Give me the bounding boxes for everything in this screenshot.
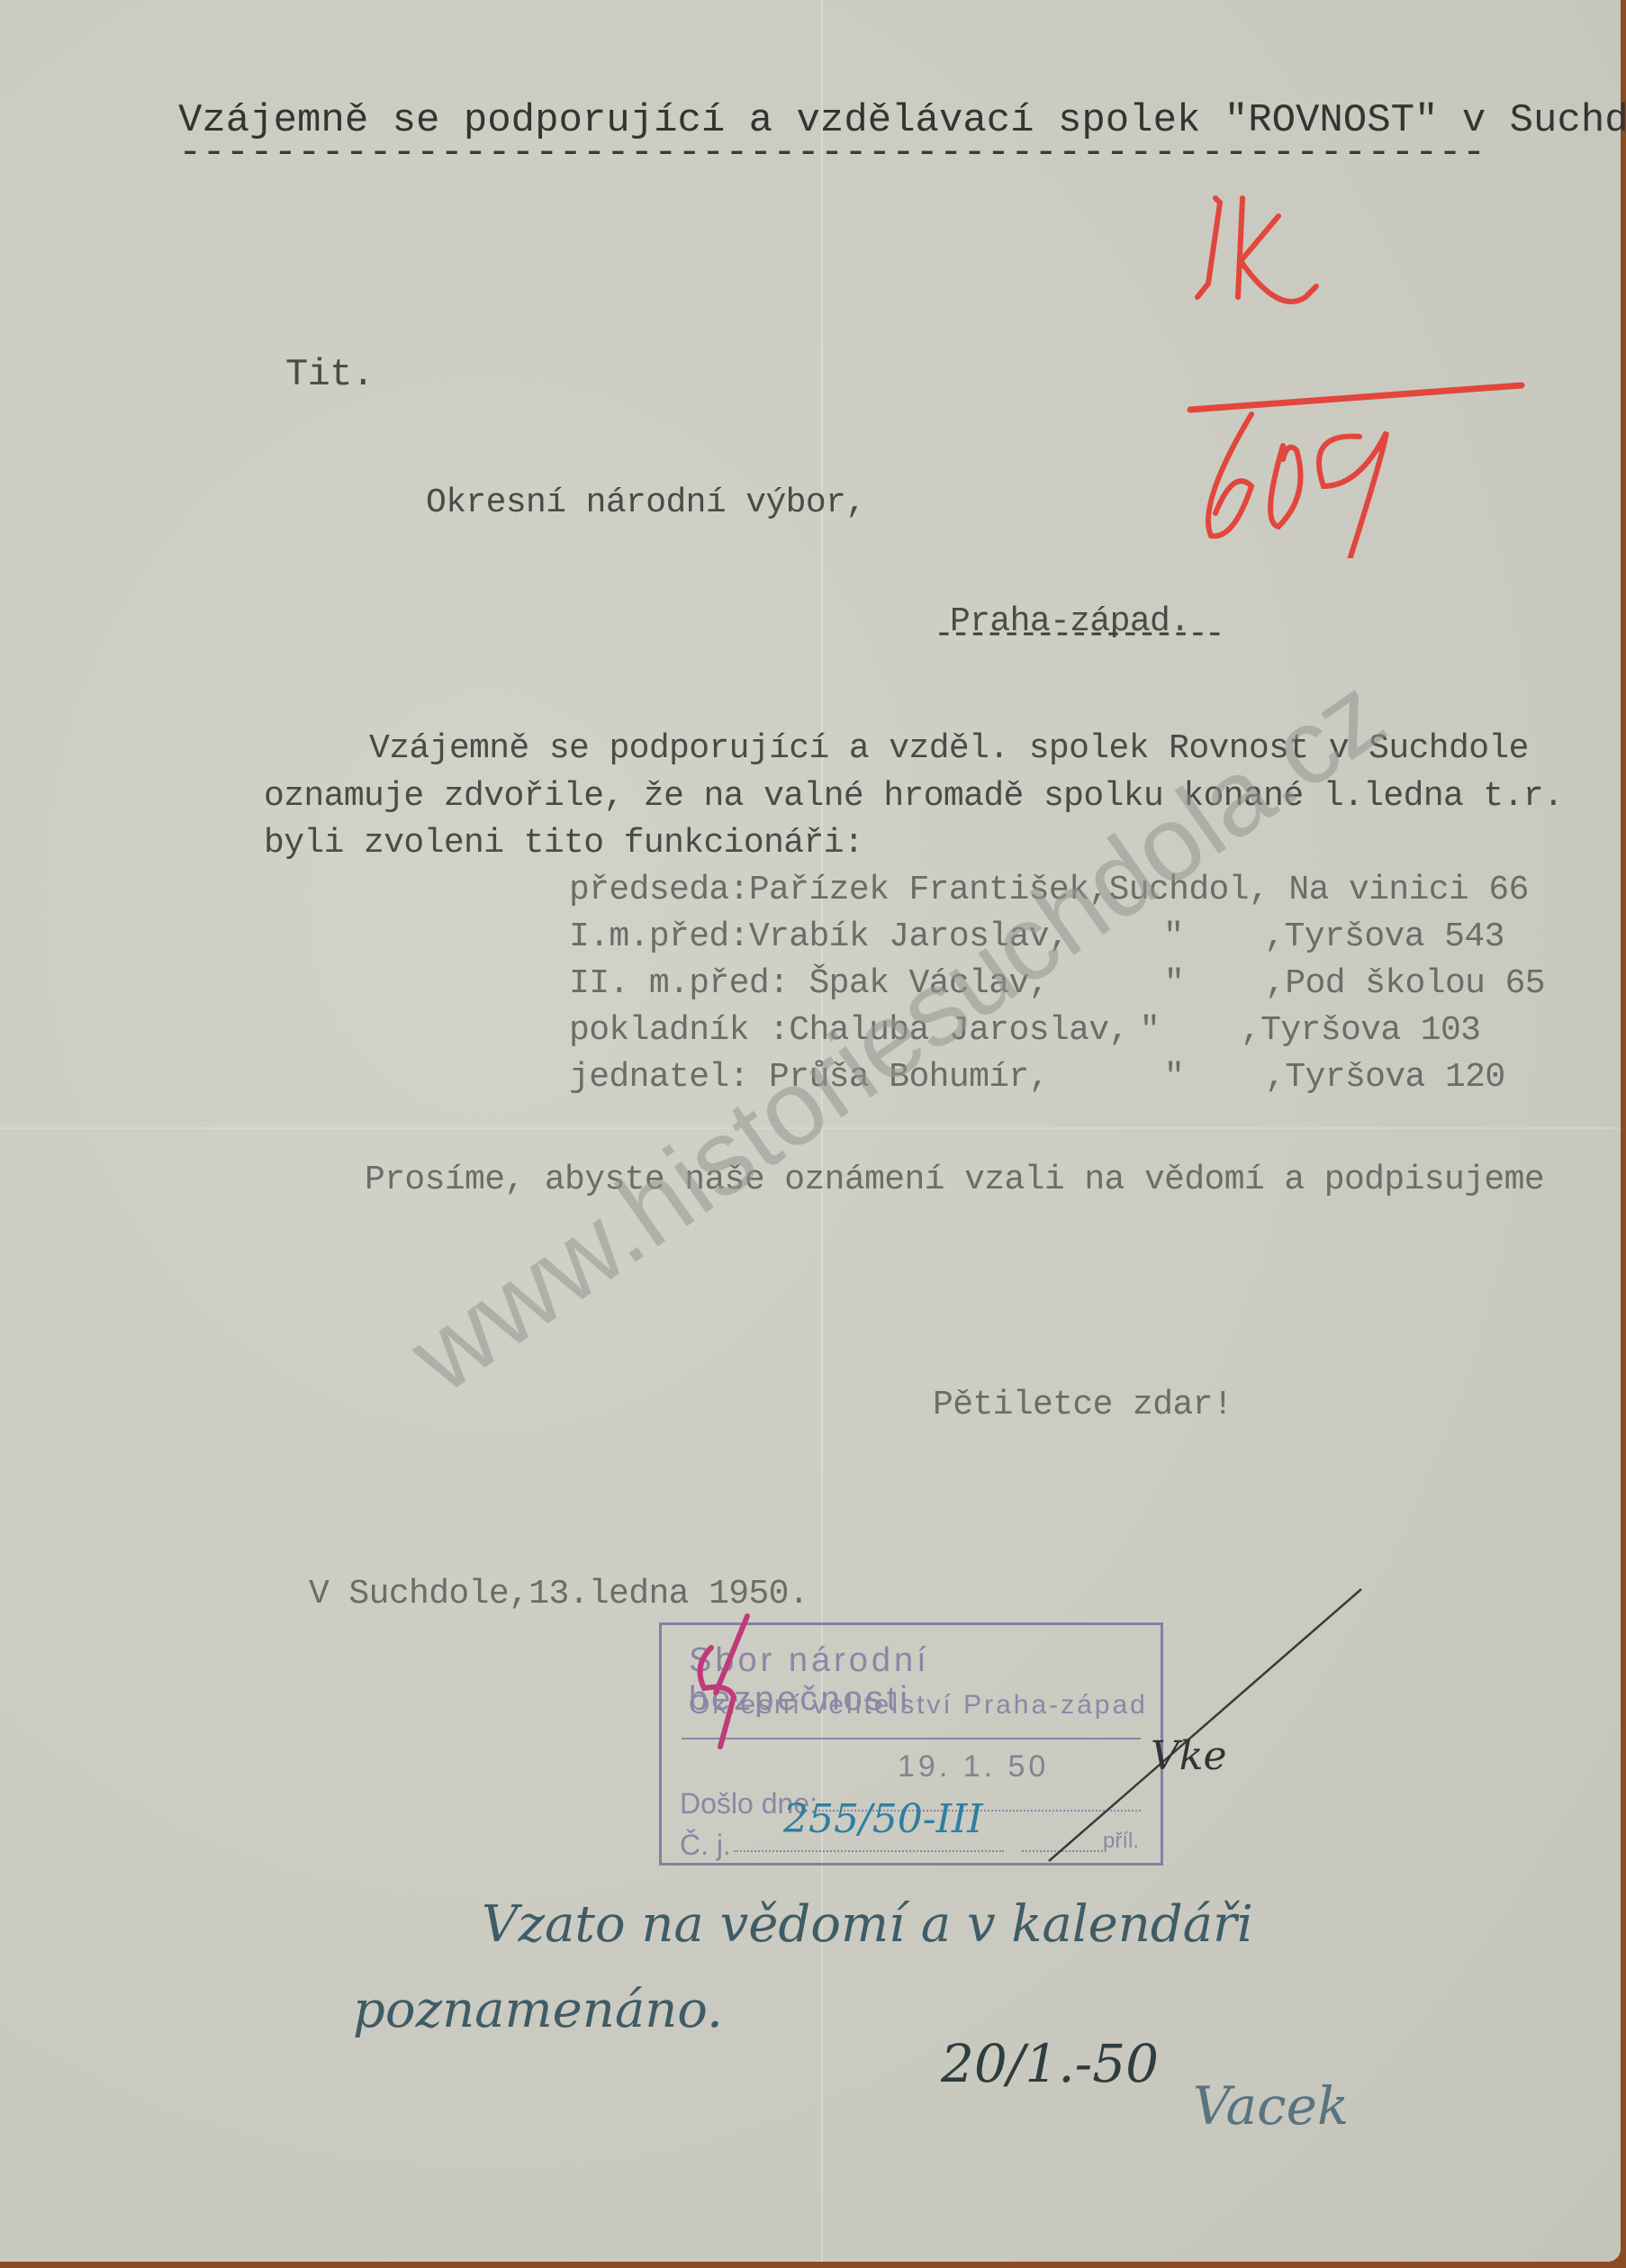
handwritten-signature: Vacek	[1193, 2075, 1349, 2137]
recipient-place-underline: -----------------	[934, 615, 1222, 654]
magenta-mark	[684, 1612, 765, 1756]
officer-role: I.m.před:	[569, 917, 749, 956]
diagonal-strike-line	[1044, 1585, 1369, 1873]
salutation: Tit.	[285, 356, 374, 393]
date-line: V Suchdole,13.ledna 1950.	[309, 1577, 808, 1612]
body-line-2: oznamuje zdvořile, že na valné hromadě s…	[264, 780, 1563, 814]
document-page: Vzájemně se podporující a vzdělávací spo…	[0, 0, 1621, 2262]
handwritten-note-date: 20/1.-50	[941, 2033, 1159, 2094]
officer-role: pokladník :	[569, 1011, 789, 1050]
officer-place: "	[1163, 917, 1183, 956]
stamp-ref-line	[734, 1850, 1004, 1852]
stamp-ref-number: 255/50-III	[783, 1796, 983, 1842]
closing-request: Prosíme, abyste naše oznámení vzali na v…	[365, 1163, 1544, 1197]
officer-role: předseda:	[569, 871, 749, 909]
officer-place: "	[1164, 1058, 1184, 1097]
officer-address: ,Pod školou 65	[1265, 964, 1545, 1003]
officer-address: ,Tyršova 543	[1264, 917, 1504, 956]
stamp-ref-label: Č. j.	[680, 1829, 731, 1862]
body-line-3: byli zvoleni tito funkcionáři:	[264, 827, 863, 861]
stamp-date: 19. 1. 50	[898, 1749, 1049, 1785]
officer-role: II. m.před:	[569, 964, 789, 1003]
closing-greeting: Pětiletce zdar!	[933, 1388, 1233, 1423]
initials: Vke	[1151, 1733, 1226, 1779]
officer-row: jednatel: Průša Bohumír,",Tyršova 120	[569, 1061, 1505, 1095]
recipient-name: Okresní národní výbor,	[426, 486, 865, 520]
handwritten-note-line-1: Vzato na vědomí a v kalendáři	[482, 1895, 1253, 1954]
officer-place: "	[1164, 964, 1184, 1003]
red-registry-mark	[1125, 162, 1540, 558]
handwritten-note-line-2: poznamenáno.	[353, 1981, 723, 2039]
officer-place: "	[1140, 1011, 1160, 1050]
officer-address: ,Tyršova 120	[1265, 1058, 1504, 1097]
officer-address: ,Tyršova 103	[1241, 1011, 1480, 1050]
officer-address: Na vinici 66	[1269, 871, 1529, 909]
